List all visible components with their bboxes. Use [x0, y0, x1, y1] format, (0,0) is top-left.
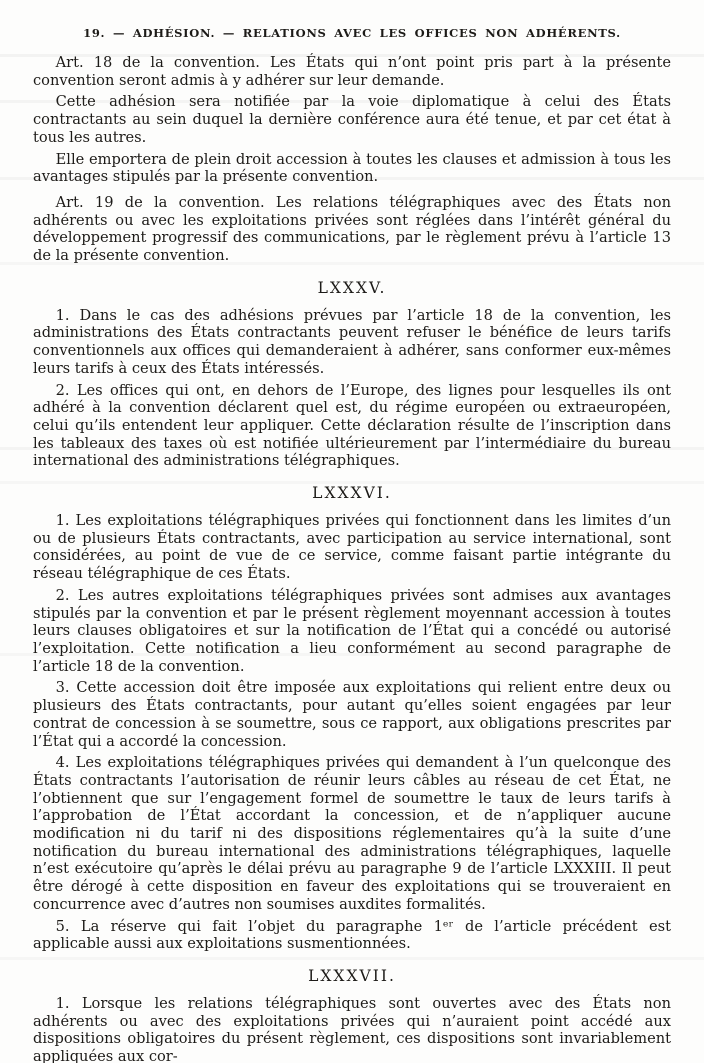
paragraph-art18-notification: Cette adhésion sera notifiée par la voie… — [33, 93, 671, 146]
paragraph-art18-intro: Art. 18 de la convention. Les États qui … — [33, 54, 671, 89]
paragraph-art19: Art. 19 de la convention. Les relations … — [33, 194, 671, 265]
scanned-document-page: 19. — ADHÉSION. — RELATIONS AVEC LES OFF… — [0, 0, 704, 1063]
paragraph-lxxxvii-1: 1. Lorsque les relations télégraphiques … — [33, 995, 671, 1063]
paragraph-lxxxvi-1: 1. Les exploitations télégraphiques priv… — [33, 512, 671, 583]
scan-artifact — [0, 957, 704, 960]
section-heading-lxxxvii: LXXXVII. — [33, 967, 671, 985]
paragraph-lxxxvi-3: 3. Cette accession doit être imposée aux… — [33, 679, 671, 750]
paragraph-lxxxvi-2: 2. Les autres exploitations télégraphiqu… — [33, 587, 671, 676]
paragraph-art18-accession: Elle emportera de plein droit accession … — [33, 151, 671, 186]
paragraph-lxxxv-1: 1. Dans le cas des adhésions prévues par… — [33, 307, 671, 378]
paragraph-lxxxvi-4: 4. Les exploitations télégraphiques priv… — [33, 754, 671, 913]
section-heading-lxxxvi: LXXXVI. — [33, 484, 671, 502]
paragraph-lxxxv-2: 2. Les offices qui ont, en dehors de l’E… — [33, 382, 671, 471]
section-heading-lxxxv: LXXXV. — [33, 279, 671, 297]
page-header: 19. — ADHÉSION. — RELATIONS AVEC LES OFF… — [33, 26, 671, 40]
paragraph-lxxxvi-5: 5. La réserve qui fait l’objet du paragr… — [33, 918, 671, 953]
